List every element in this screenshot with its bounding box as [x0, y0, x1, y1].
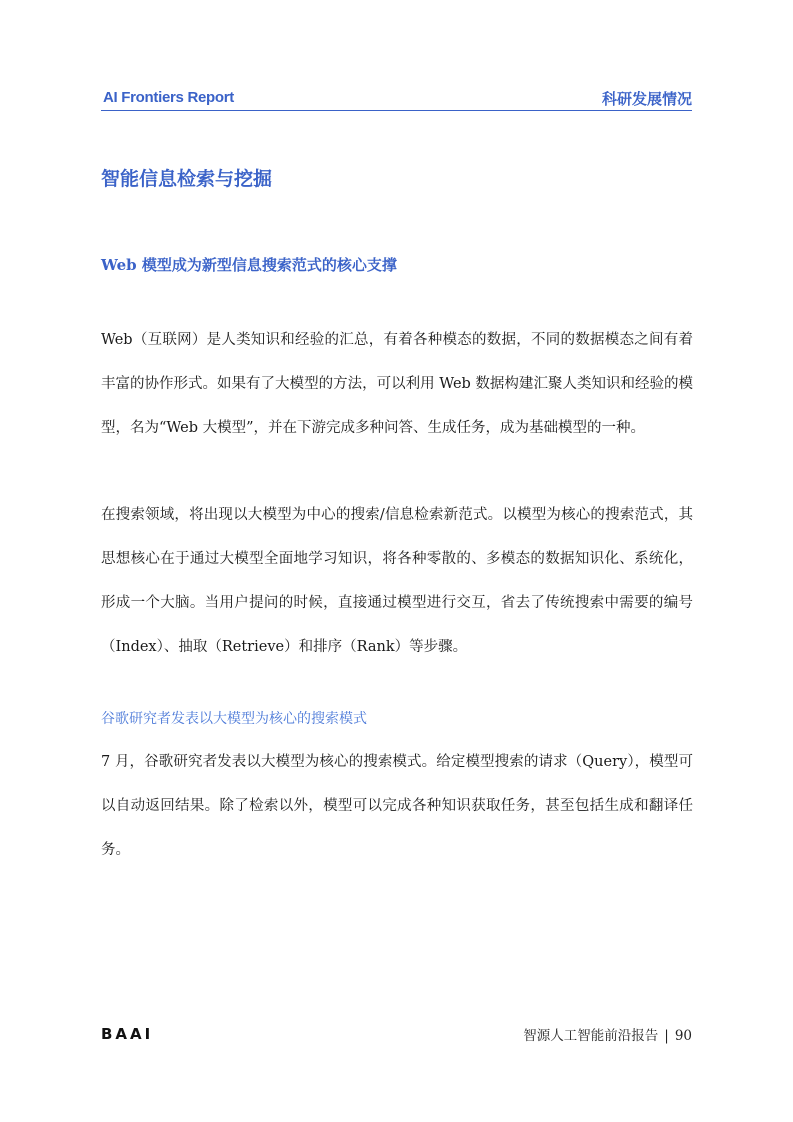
paragraph-line: 丰富的协作形式。如果有了大模型的方法，可以利用 Web 数据构建汇聚人类知识和经… — [101, 362, 693, 406]
footer-separator: | — [664, 1028, 669, 1044]
section-title: 智能信息检索与挖掘 — [101, 164, 272, 191]
subsection-title: Web 模型成为新型信息搜索范式的核心支撑 — [101, 254, 397, 275]
paragraph-line: Web（互联网）是人类知识和经验的汇总，有着各种模态的数据，不同的数据模态之间有… — [101, 318, 693, 362]
page-number: 90 — [675, 1028, 692, 1044]
paragraph-search-paradigm: 在搜索领域，将出现以大模型为中心的搜索/信息检索新范式。以模型为核心的搜索范式，… — [101, 493, 693, 669]
baai-logo: BAAI — [101, 1025, 153, 1043]
paragraph-line: 型，名为“Web 大模型”，并在下游完成多种问答、生成任务，成为基础模型的一种。 — [101, 406, 693, 450]
paragraph-line: 形成一个大脑。当用户提问的时候，直接通过模型进行交互，省去了传统搜索中需要的编号 — [101, 581, 693, 625]
chapter-title: 科研发展情况 — [602, 88, 692, 109]
paragraph-line: 务。 — [101, 828, 693, 872]
paragraph-line: 以自动返回结果。除了检索以外，模型可以完成各种知识获取任务，甚至包括生成和翻译任 — [101, 784, 693, 828]
paragraph-line: 在搜索领域，将出现以大模型为中心的搜索/信息检索新范式。以模型为核心的搜索范式，… — [101, 493, 693, 537]
page-header: AI Frontiers Report 科研发展情况 — [101, 86, 692, 111]
page-footer: 智源人工智能前沿报告|90 — [523, 1024, 692, 1044]
paragraph-web-model: Web（互联网）是人类知识和经验的汇总，有着各种模态的数据，不同的数据模态之间有… — [101, 318, 693, 450]
report-name: 智源人工智能前沿报告 — [523, 1028, 658, 1044]
report-title: AI Frontiers Report — [103, 89, 234, 106]
document-page: AI Frontiers Report 科研发展情况 智能信息检索与挖掘 Web… — [0, 0, 793, 1122]
paragraph-line: 7 月，谷歌研究者发表以大模型为核心的搜索模式。给定模型搜索的请求（Query）… — [101, 740, 693, 784]
paragraph-line: （Index）、抽取（Retrieve）和排序（Rank）等步骤。 — [101, 625, 693, 669]
paragraph-line: 思想核心在于通过大模型全面地学习知识，将各种零散的、多模态的数据知识化、系统化， — [101, 537, 693, 581]
paragraph-google-search: 7 月，谷歌研究者发表以大模型为核心的搜索模式。给定模型搜索的请求（Query）… — [101, 740, 693, 872]
item-title: 谷歌研究者发表以大模型为核心的搜索模式 — [101, 708, 367, 728]
